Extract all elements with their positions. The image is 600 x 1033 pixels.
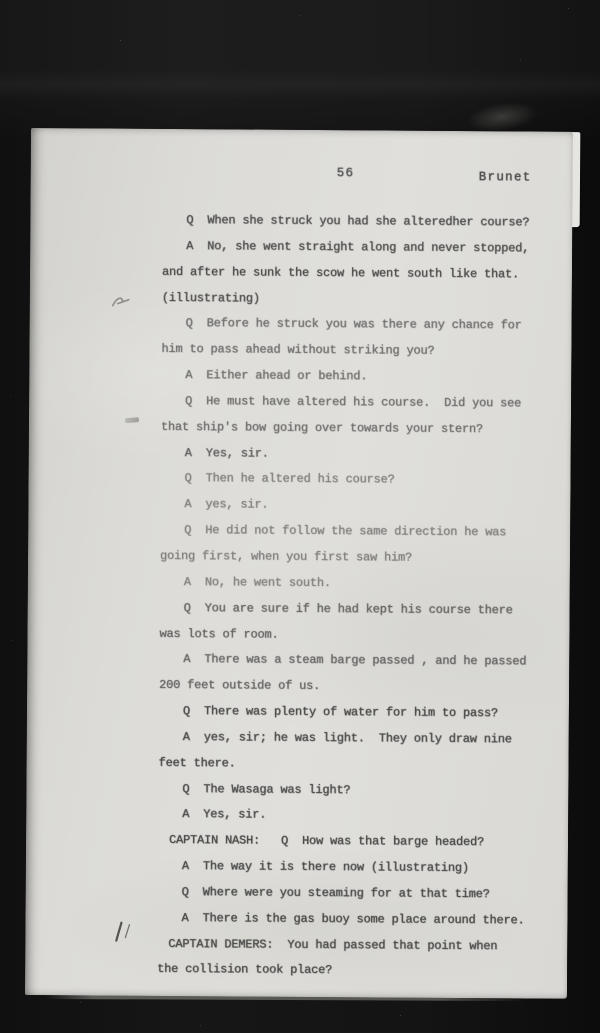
transcript-line: feet there.: [158, 751, 560, 780]
transcript-line: A Either ahead or behind.: [161, 363, 563, 392]
transcript: Q When she struck you had she alteredher…: [157, 208, 564, 986]
transcript-line: Q When she struck you had she alteredher…: [162, 208, 564, 237]
transcript-line: Q He did not follow the same direction h…: [160, 518, 562, 547]
document-page: 56 Brunet Q When she struck you had she …: [25, 128, 573, 999]
transcript-line: A Yes, sir.: [161, 441, 563, 470]
smudge-dash-mark: [125, 417, 139, 423]
transcript-line: A The way it is there now (illustrating): [158, 854, 560, 883]
transcript-line: that ship's bow going over towards your …: [161, 415, 563, 444]
transcript-line: A Yes, sir.: [158, 802, 560, 831]
transcript-line: Q Then he altered his course?: [160, 466, 562, 495]
transcript-line: Q He must have altered his course. Did y…: [161, 389, 563, 418]
transcript-line: CAPTAIN DEMERS: You had passed that poin…: [157, 932, 559, 961]
page-number: 56: [337, 166, 355, 180]
transcript-line: Q There was plenty of water for him to p…: [159, 699, 561, 728]
transcript-line: A No, she went straight along and never …: [162, 234, 564, 263]
pencil-check-mark-icon: [110, 293, 132, 311]
transcript-line: Q You are sure if he had kept his course…: [160, 596, 562, 625]
transcript-line: 200 feet outside of us.: [159, 673, 561, 702]
transcript-line: going first, when you first saw him?: [160, 544, 562, 573]
dust-specks: [0, 0, 1, 1]
transcript-line: A yes, sir.: [160, 492, 562, 521]
pencil-stroke-mark-icon: [109, 919, 135, 945]
witness-name: Brunet: [479, 170, 532, 184]
transcript-line: A yes, sir; he was light. They only draw…: [159, 725, 561, 754]
transcript-line: Q The Wasaga was light?: [158, 776, 560, 805]
transcript-line: Q Before he struck you was there any cha…: [162, 311, 564, 340]
transcript-line: him to pass ahead without striking you?: [161, 337, 563, 366]
transcript-line: Q Where were you steaming for at that ti…: [158, 880, 560, 909]
transcript-line: CAPTAIN NASH: Q How was that barge heade…: [158, 828, 560, 857]
transcript-line: A There was a steam barge passed , and h…: [159, 647, 561, 676]
photo-background: 56 Brunet Q When she struck you had she …: [0, 0, 600, 1033]
transcript-line: and after he sunk the scow he went south…: [162, 260, 564, 289]
transcript-line: (illustrating): [162, 285, 564, 314]
transcript-line: A No, he went south.: [160, 570, 562, 599]
transcript-line: was lots of room.: [159, 621, 561, 650]
transcript-line: A There is the gas buoy some place aroun…: [157, 906, 559, 935]
transcript-line: the collision took place?: [157, 957, 559, 986]
